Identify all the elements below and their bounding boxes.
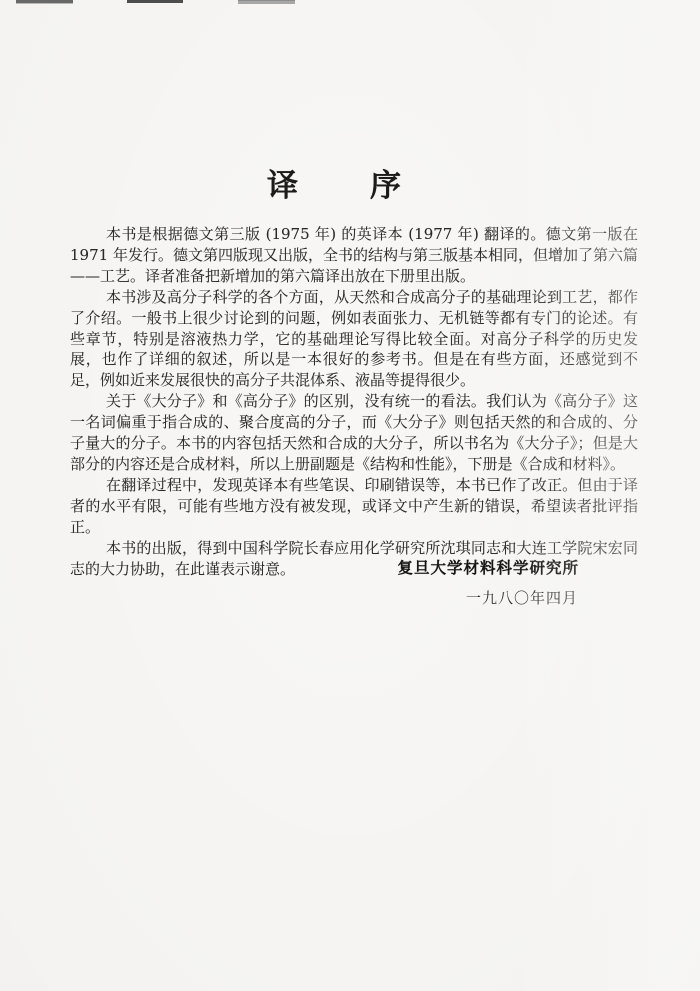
scan-artifact-mark-3 [238, 0, 295, 4]
signature-date: 一九八〇年四月 [397, 587, 579, 608]
preface-paragraph-2: 本书涉及高分子科学的各个方面，从天然和合成高分子的基础理论到工艺，都作了介绍。一… [70, 287, 638, 392]
preface-paragraph-4: 在翻译过程中，发现英译本有些笔误、印刷错误等，本书已作了改正。但由于译者的水平有… [70, 475, 638, 538]
preface-paragraph-3: 关于《大分子》和《高分子》的区别，没有统一的看法。我们认为《高分子》这一名词偏重… [70, 391, 638, 475]
scan-artifact-mark-1 [16, 0, 73, 4]
signature-block: 复旦大学材料科学研究所 一九八〇年四月 [397, 556, 579, 608]
preface-paragraph-1: 本书是根据德文第三版 (1975 年) 的英译本 (1977 年) 翻译的。德文… [70, 224, 638, 287]
scanned-book-page: 译 序 本书是根据德文第三版 (1975 年) 的英译本 (1977 年) 翻译… [0, 0, 700, 991]
preface-title-char-1: 译 [267, 160, 298, 205]
preface-title-char-2: 序 [370, 160, 401, 205]
preface-title: 译 序 [0, 160, 668, 205]
signature-institution: 复旦大学材料科学研究所 [397, 556, 579, 578]
preface-body: 本书是根据德文第三版 (1975 年) 的英译本 (1977 年) 翻译的。德文… [70, 224, 638, 579]
scan-artifact-mark-2 [127, 0, 183, 3]
